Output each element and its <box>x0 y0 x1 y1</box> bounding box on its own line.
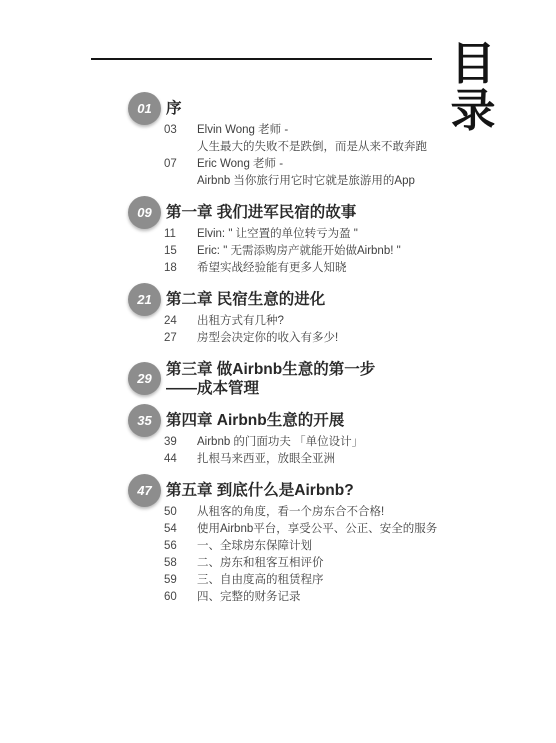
toc-item: 27 房型会决定你的收入有多少! <box>164 330 500 347</box>
item-page-number: 39 <box>164 434 197 451</box>
badge-column: 09 <box>128 203 166 277</box>
badge-column: 01 <box>128 99 166 190</box>
item-text-line: 出租方式有几种? <box>197 313 500 330</box>
chapter-number-badge: 09 <box>128 196 161 229</box>
chapter-number: 35 <box>137 413 151 428</box>
section-content: 第三章 做Airbnb生意的第一步——成本管理 <box>166 360 500 398</box>
item-page-number: 44 <box>164 451 197 468</box>
toc-item: 54 使用Airbnb平台，享受公平、公正、安全的服务 <box>164 521 500 538</box>
toc-item: 11 Elvin: " 让空置的单位转亏为盈 " <box>164 226 500 243</box>
item-text: 扎根马来西亚，放眼全亚洲 <box>197 451 500 468</box>
item-text: 二、房东和租客互相评价 <box>197 555 500 572</box>
toc-section: 47 第五章 到底什么是Airbnb? 50 从租客的角度，看一个房东合不合格!… <box>128 481 500 606</box>
item-page-number: 07 <box>164 156 197 190</box>
chapter-title-line: ——成本管理 <box>166 379 500 398</box>
item-text: 一、全球房东保障计划 <box>197 538 500 555</box>
toc-item: 18 希望实战经验能有更多人知晓 <box>164 260 500 277</box>
section-content: 序 03 Elvin Wong 老师 -人生最大的失败不是跌倒，而是从来不敢奔跑… <box>166 99 500 190</box>
item-text-line: Airbnb 当你旅行用它时它就是旅游用的App <box>197 173 500 190</box>
page-title-char: 目 <box>446 40 500 87</box>
item-text-line: 使用Airbnb平台，享受公平、公正、安全的服务 <box>197 521 500 538</box>
section-content: 第一章 我们进军民宿的故事 11 Elvin: " 让空置的单位转亏为盈 " 1… <box>166 203 500 277</box>
divider-line <box>91 58 432 60</box>
badge-column: 21 <box>128 290 166 347</box>
item-text: 四、完整的财务记录 <box>197 589 500 606</box>
item-text-line: 人生最大的失败不是跌倒，而是从来不敢奔跑 <box>197 139 500 156</box>
item-page-number: 50 <box>164 504 197 521</box>
item-text-line: Eric Wong 老师 - <box>197 156 500 173</box>
item-text-line: 房型会决定你的收入有多少! <box>197 330 500 347</box>
toc-item: 60 四、完整的财务记录 <box>164 589 500 606</box>
chapter-title: 第五章 到底什么是Airbnb? <box>166 481 500 500</box>
item-page-number: 54 <box>164 521 197 538</box>
item-text-line: Elvin: " 让空置的单位转亏为盈 " <box>197 226 500 243</box>
toc-section: 21 第二章 民宿生意的进化 24 出租方式有几种? 27 房型会决定你的收入有… <box>128 290 500 347</box>
toc-item: 50 从租客的角度，看一个房东合不合格! <box>164 504 500 521</box>
chapter-title: 第二章 民宿生意的进化 <box>166 290 500 309</box>
item-text: 出租方式有几种? <box>197 313 500 330</box>
badge-column: 47 <box>128 481 166 606</box>
chapter-items: 50 从租客的角度，看一个房东合不合格! 54 使用Airbnb平台，享受公平、… <box>164 504 500 606</box>
item-text: 房型会决定你的收入有多少! <box>197 330 500 347</box>
chapter-title: 第三章 做Airbnb生意的第一步——成本管理 <box>166 360 500 398</box>
chapter-items: 03 Elvin Wong 老师 -人生最大的失败不是跌倒，而是从来不敢奔跑 0… <box>164 122 500 190</box>
item-text-line: 三、自由度高的租赁程序 <box>197 572 500 589</box>
item-text: 三、自由度高的租赁程序 <box>197 572 500 589</box>
toc-item: 03 Elvin Wong 老师 -人生最大的失败不是跌倒，而是从来不敢奔跑 <box>164 122 500 156</box>
item-page-number: 11 <box>164 226 197 243</box>
item-text: 希望实战经验能有更多人知晓 <box>197 260 500 277</box>
toc-page: 目 录 01 序 03 Elvin Wong 老师 -人生最大的失败不是跌倒，而… <box>0 0 556 743</box>
chapter-title-line: 序 <box>166 99 500 118</box>
chapter-items: 11 Elvin: " 让空置的单位转亏为盈 " 15 Eric: " 无需添购… <box>164 226 500 277</box>
chapter-title-line: 第一章 我们进军民宿的故事 <box>166 203 500 222</box>
item-text-line: 一、全球房东保障计划 <box>197 538 500 555</box>
item-text: Elvin Wong 老师 -人生最大的失败不是跌倒，而是从来不敢奔跑 <box>197 122 500 156</box>
toc-item: 59 三、自由度高的租赁程序 <box>164 572 500 589</box>
item-text-line: 二、房东和租客互相评价 <box>197 555 500 572</box>
badge-column: 29 <box>128 360 166 398</box>
toc-item: 07 Eric Wong 老师 -Airbnb 当你旅行用它时它就是旅游用的Ap… <box>164 156 500 190</box>
item-text-line: 四、完整的财务记录 <box>197 589 500 606</box>
item-page-number: 56 <box>164 538 197 555</box>
chapter-number: 29 <box>137 371 151 386</box>
chapter-number-badge: 35 <box>128 404 161 437</box>
chapter-number: 47 <box>137 483 151 498</box>
chapter-number-badge: 29 <box>128 362 161 395</box>
chapter-number-badge: 21 <box>128 283 161 316</box>
chapter-number-badge: 47 <box>128 474 161 507</box>
toc-item: 56 一、全球房东保障计划 <box>164 538 500 555</box>
chapter-title-line: 第三章 做Airbnb生意的第一步 <box>166 360 500 379</box>
toc-section: 01 序 03 Elvin Wong 老师 -人生最大的失败不是跌倒，而是从来不… <box>128 99 500 190</box>
item-text: Airbnb 的门面功夫 「单位设计」 <box>197 434 500 451</box>
toc-section: 09 第一章 我们进军民宿的故事 11 Elvin: " 让空置的单位转亏为盈 … <box>128 203 500 277</box>
toc-section: 35 第四章 Airbnb生意的开展 39 Airbnb 的门面功夫 「单位设计… <box>128 411 500 468</box>
item-text: Elvin: " 让空置的单位转亏为盈 " <box>197 226 500 243</box>
item-page-number: 15 <box>164 243 197 260</box>
item-page-number: 60 <box>164 589 197 606</box>
item-text: 使用Airbnb平台，享受公平、公正、安全的服务 <box>197 521 500 538</box>
chapter-number: 09 <box>137 205 151 220</box>
chapter-title: 第四章 Airbnb生意的开展 <box>166 411 500 430</box>
toc-section: 29 第三章 做Airbnb生意的第一步——成本管理 <box>128 360 500 398</box>
item-page-number: 59 <box>164 572 197 589</box>
item-page-number: 18 <box>164 260 197 277</box>
item-page-number: 27 <box>164 330 197 347</box>
chapter-number-badge: 01 <box>128 92 161 125</box>
item-page-number: 03 <box>164 122 197 156</box>
toc-item: 24 出租方式有几种? <box>164 313 500 330</box>
chapter-title: 序 <box>166 99 500 118</box>
item-text-line: Elvin Wong 老师 - <box>197 122 500 139</box>
item-text-line: 扎根马来西亚，放眼全亚洲 <box>197 451 500 468</box>
chapter-number: 21 <box>137 292 151 307</box>
item-text-line: Eric: " 无需添购房产就能开始做Airbnb! " <box>197 243 500 260</box>
toc-item: 39 Airbnb 的门面功夫 「单位设计」 <box>164 434 500 451</box>
item-page-number: 24 <box>164 313 197 330</box>
chapter-title-line: 第五章 到底什么是Airbnb? <box>166 481 500 500</box>
chapter-number: 01 <box>137 101 151 116</box>
item-text-line: 希望实战经验能有更多人知晓 <box>197 260 500 277</box>
section-content: 第五章 到底什么是Airbnb? 50 从租客的角度，看一个房东合不合格! 54… <box>166 481 500 606</box>
chapter-title-line: 第四章 Airbnb生意的开展 <box>166 411 500 430</box>
section-content: 第二章 民宿生意的进化 24 出租方式有几种? 27 房型会决定你的收入有多少! <box>166 290 500 347</box>
item-page-number: 58 <box>164 555 197 572</box>
badge-column: 35 <box>128 411 166 468</box>
item-text-line: Airbnb 的门面功夫 「单位设计」 <box>197 434 500 451</box>
toc-item: 15 Eric: " 无需添购房产就能开始做Airbnb! " <box>164 243 500 260</box>
chapter-title: 第一章 我们进军民宿的故事 <box>166 203 500 222</box>
toc-item: 58 二、房东和租客互相评价 <box>164 555 500 572</box>
toc-section-list: 01 序 03 Elvin Wong 老师 -人生最大的失败不是跌倒，而是从来不… <box>128 99 500 619</box>
chapter-title-line: 第二章 民宿生意的进化 <box>166 290 500 309</box>
item-text-line: 从租客的角度，看一个房东合不合格! <box>197 504 500 521</box>
chapter-items: 24 出租方式有几种? 27 房型会决定你的收入有多少! <box>164 313 500 347</box>
section-content: 第四章 Airbnb生意的开展 39 Airbnb 的门面功夫 「单位设计」 4… <box>166 411 500 468</box>
item-text: Eric Wong 老师 -Airbnb 当你旅行用它时它就是旅游用的App <box>197 156 500 190</box>
item-text: 从租客的角度，看一个房东合不合格! <box>197 504 500 521</box>
chapter-items: 39 Airbnb 的门面功夫 「单位设计」 44 扎根马来西亚，放眼全亚洲 <box>164 434 500 468</box>
item-text: Eric: " 无需添购房产就能开始做Airbnb! " <box>197 243 500 260</box>
toc-item: 44 扎根马来西亚，放眼全亚洲 <box>164 451 500 468</box>
